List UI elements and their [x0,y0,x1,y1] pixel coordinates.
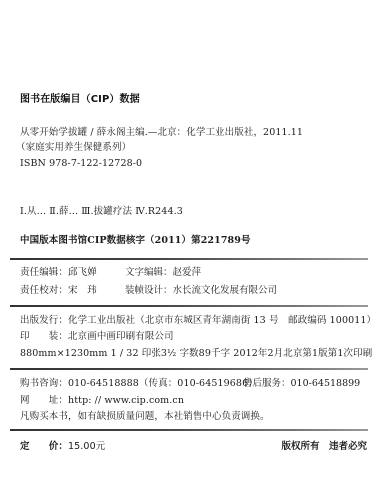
designer-value: 水长流文化发展有限公司 [173,285,278,296]
format-line: 880mm×1230mm 1 / 32 印张3½ 字数89千字 2012年2月北… [20,348,372,360]
website-row: 网 址：http: // www.cip.com.cn [20,395,184,407]
designer-row: 装帧设计：水长流文化发展有限公司 [125,285,277,297]
cip-title-line: 从零开始学拔罐 / 薛永阁主编.—北京：化学工业出版社，2011.11 [20,127,303,139]
price-label: 定 价： [20,441,68,452]
website-label: 网 址： [20,395,68,406]
separator-rule [10,305,368,307]
purchase-row: 购书咨询：010-64518888（传真：010-64519686） [20,378,258,390]
text-editor-row: 文字编辑：赵爱萍 [125,267,201,279]
publisher-label: 出版发行： [20,315,68,326]
responsible-editor-value: 邱飞婵 [68,267,97,278]
proofreader-value: 宋 玮 [68,285,97,296]
designer-label: 装帧设计： [125,285,173,296]
separator-rule [10,258,368,260]
printer-label: 印 装： [20,331,68,342]
cip-classification-line: Ⅰ.从… Ⅱ.薛… Ⅲ.拔罐疗法 Ⅳ.R244.3 [20,206,183,218]
purchase-label: 购书咨询： [20,378,68,389]
website-link[interactable]: http: // www.cip.com.cn [68,395,184,406]
aftersales-phone: 010-64518899 [291,378,361,389]
copyright-notice: 版权所有 违者必究 [281,441,367,453]
publisher-row: 出版发行：化学工业出版社（北京市东城区青年湖南街 13 号 邮政编码 10001… [20,315,375,327]
separator-rule [10,368,368,370]
aftersales-label: 售后服务： [243,378,291,389]
proofreader-row: 责任校对：宋 玮 [20,285,97,297]
cip-heading: 图书在版编目（CIP）数据 [20,94,140,106]
aftersales-row: 售后服务：010-64518899 [243,378,360,390]
replacement-notice: 凡购买本书，如有缺损质量问题，本社销售中心负责调换。 [20,411,270,423]
printer-value: 北京画中画印刷有限公司 [68,331,174,342]
cip-approval-line: 中国版本图书馆CIP数据核字（2011）第221789号 [20,235,251,247]
publisher-value: 化学工业出版社（北京市东城区青年湖南街 13 号 邮政编码 100011） [68,315,375,326]
proofreader-label: 责任校对： [20,285,68,296]
purchase-phone: 010-64518888（传真：010-64519686） [68,378,258,389]
responsible-editor-label: 责任编辑： [20,267,68,278]
price-value: 15.00元 [68,441,105,452]
printer-row: 印 装：北京画中画印刷有限公司 [20,331,174,343]
cip-series-line: （家庭实用养生保健系列） [16,142,131,154]
responsible-editor-row: 责任编辑：邱飞婵 [20,267,97,279]
separator-rule [10,429,368,431]
text-editor-label: 文字编辑： [125,267,173,278]
text-editor-value: 赵爱萍 [173,267,202,278]
price-row: 定 价：15.00元 [20,441,105,453]
cip-isbn-line: ISBN 978-7-122-12728-0 [20,158,142,170]
